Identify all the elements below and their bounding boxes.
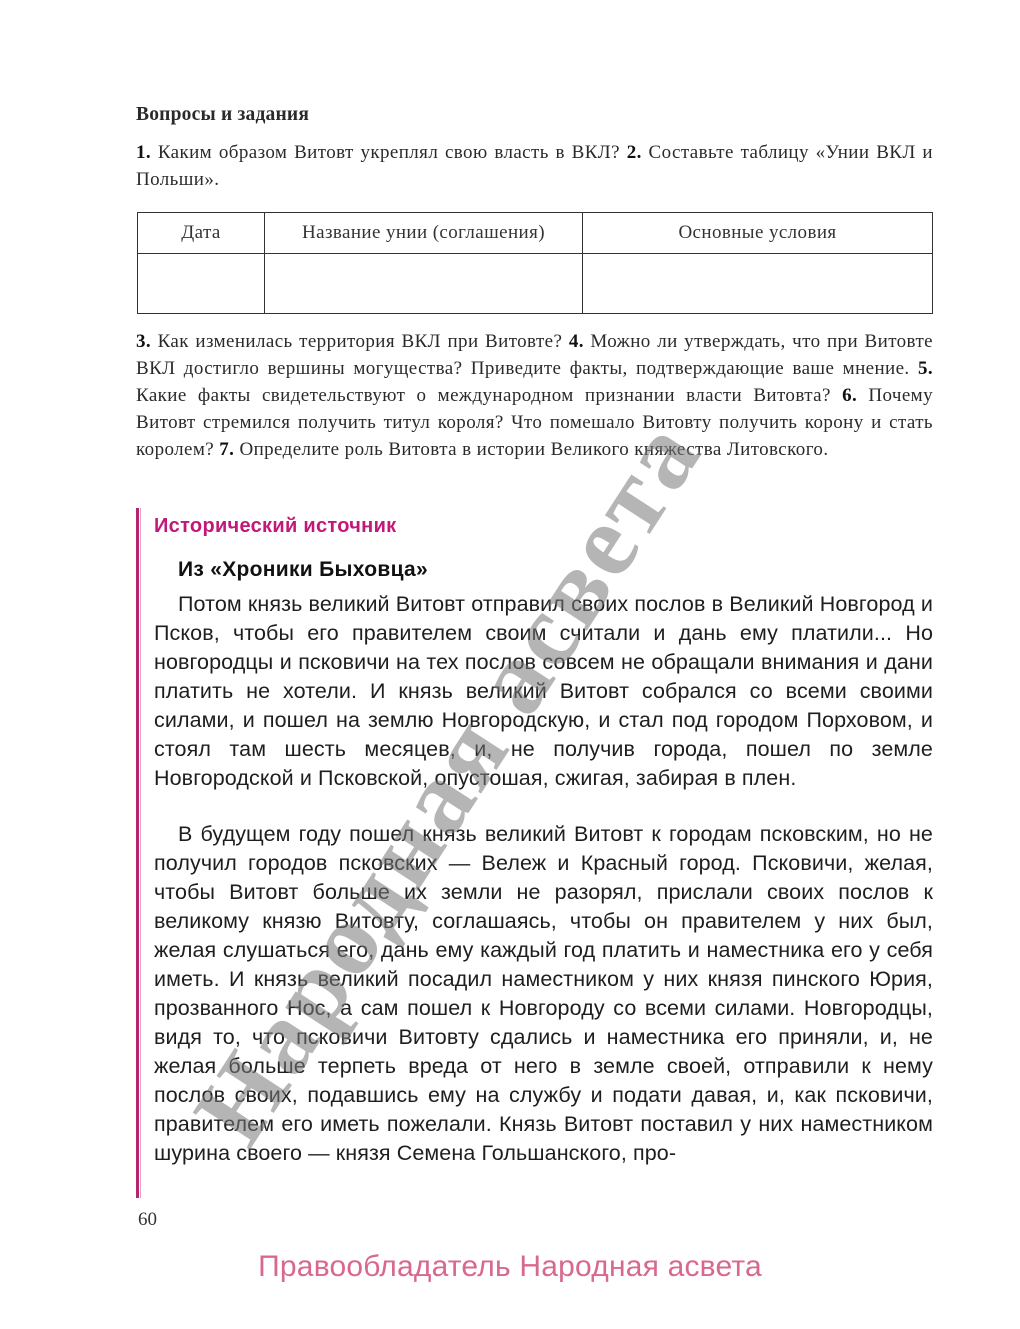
table-cell	[583, 254, 933, 314]
table-header-row: Дата Название унии (соглашения) Основные…	[138, 213, 933, 254]
source-paragraph: В будущем году пошел князь великий Витов…	[154, 820, 933, 1168]
question-text: Какие факты свидетельствуют о международ…	[136, 385, 842, 406]
table-cell	[265, 254, 583, 314]
table-row	[138, 254, 933, 314]
questions-heading: Вопросы и задания	[136, 104, 309, 126]
question-number: 6.	[842, 385, 857, 406]
questions-paragraph-1: 1. Каким образом Витовт укреплял свою вл…	[136, 139, 933, 193]
header-union-name: Название унии (соглашения)	[265, 213, 583, 254]
textbook-page: Вопросы и задания 1. Каким образом Витов…	[0, 0, 1020, 1329]
source-label: Исторический источник	[154, 515, 396, 538]
header-date: Дата	[138, 213, 265, 254]
page-number: 60	[138, 1209, 157, 1231]
question-text: Как изменилась территория ВКЛ при Витовт…	[151, 331, 569, 352]
question-text: Каким образом Витовт укреплял свою власт…	[151, 142, 627, 163]
copyright-footer: Правообладатель Народная асвета	[0, 1250, 1020, 1284]
historical-source-block: Исторический источник Из «Хроники Быховц…	[136, 508, 936, 1198]
source-paragraph: Потом князь великий Витовт отправил свои…	[154, 590, 933, 793]
accent-bar	[136, 508, 139, 1198]
question-number: 4.	[569, 331, 584, 352]
question-number: 2.	[627, 142, 642, 163]
accent-bar-inner	[140, 508, 141, 1198]
question-number: 3.	[136, 331, 151, 352]
question-number: 1.	[136, 142, 151, 163]
questions-paragraph-2: 3. Как изменилась территория ВКЛ при Вит…	[136, 328, 933, 463]
header-conditions: Основные условия	[583, 213, 933, 254]
question-number: 5.	[918, 358, 933, 379]
table-cell	[138, 254, 265, 314]
question-number: 7.	[219, 439, 234, 460]
unions-table: Дата Название унии (соглашения) Основные…	[137, 212, 933, 314]
question-text: Определите роль Витовта в истории Велико…	[234, 439, 828, 460]
source-title: Из «Хроники Быховца»	[178, 558, 428, 582]
